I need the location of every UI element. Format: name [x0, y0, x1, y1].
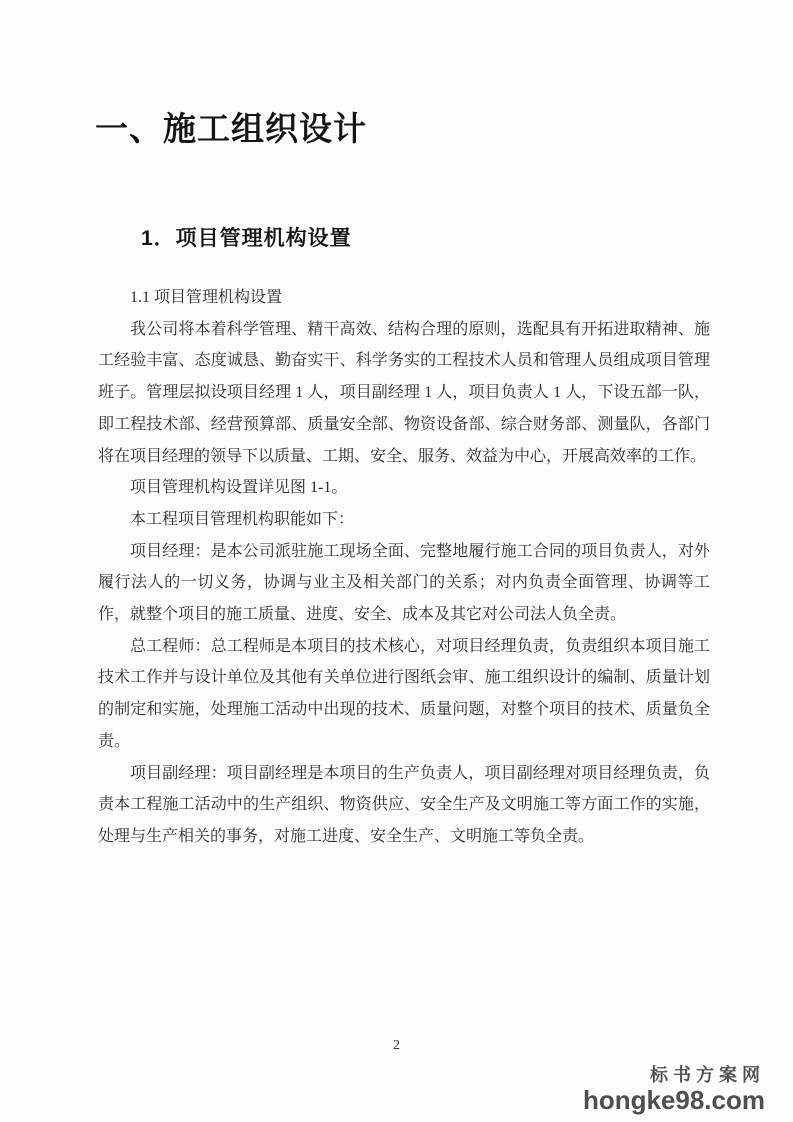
paragraph: 项目副经理：项目副经理是本项目的生产负责人，项目副经理对项目经理负责，负责本工程…	[98, 758, 710, 853]
paragraph: 我公司将本着科学管理、精干高效、结构合理的原则，选配具有开拓进取精神、施工经验丰…	[98, 314, 710, 473]
document-page: 一、施工组织设计 1．项目管理机构设置 1.1 项目管理机构设置 我公司将本着科…	[0, 0, 793, 1122]
page-number: 2	[0, 1038, 793, 1054]
site-watermark: 标书方案网 hongke98.com	[583, 1066, 765, 1114]
paragraph: 项目经理：是本公司派驻施工现场全面、完整地履行施工合同的项目负责人，对外履行法人…	[98, 536, 710, 631]
subsection-label: 1.1 项目管理机构设置	[98, 282, 710, 314]
watermark-site-url: hongke98.com	[583, 1086, 765, 1115]
watermark-site-name: 标书方案网	[583, 1066, 765, 1086]
section-heading: 1．项目管理机构设置	[141, 222, 352, 252]
body-text: 1.1 项目管理机构设置 我公司将本着科学管理、精干高效、结构合理的原则，选配具…	[98, 282, 710, 853]
paragraph: 项目管理机构设置详见图 1-1。	[98, 472, 710, 504]
chapter-title: 一、施工组织设计	[95, 103, 367, 150]
paragraph: 总工程师：总工程师是本项目的技术核心，对项目经理负责，负责组织本项目施工技术工作…	[98, 631, 710, 758]
paragraph: 本工程项目管理机构职能如下：	[98, 504, 710, 536]
